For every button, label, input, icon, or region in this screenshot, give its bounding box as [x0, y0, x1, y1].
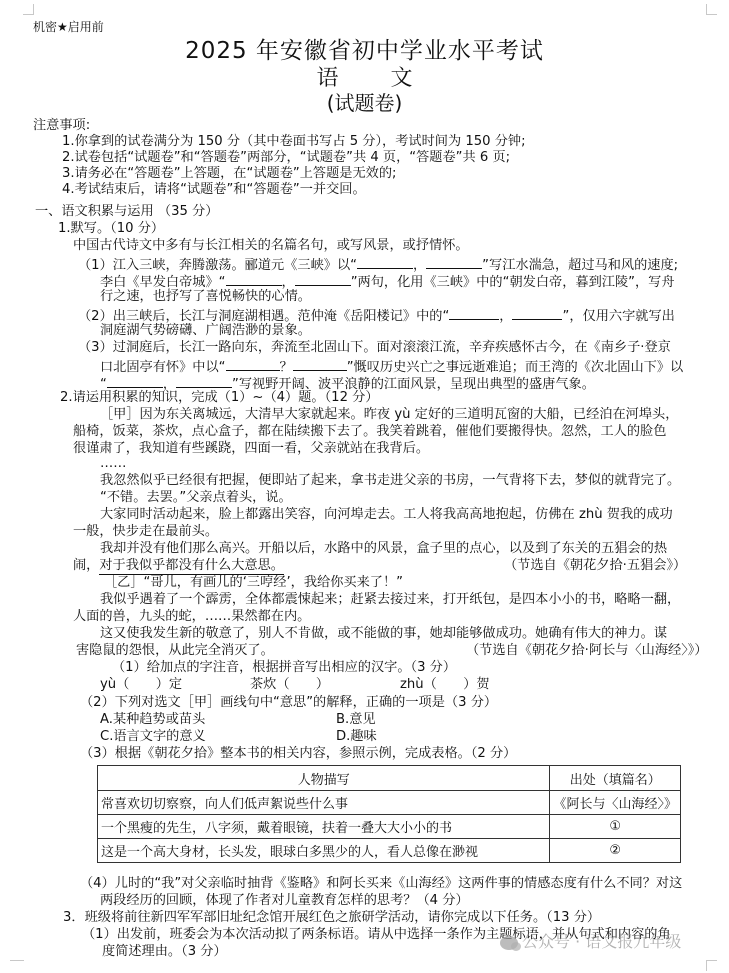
passage-line: ［乙］“哥儿，有画儿的‘三哼经’，我给你买来了！” [104, 576, 403, 589]
question-intro: 中国古代诗文中多有与长江相关的名篇名句，或写风景，或抒情怀。 [73, 239, 469, 252]
answer-blank[interactable] [357, 256, 413, 269]
table-answer-cell[interactable]: ② [550, 839, 681, 863]
passage-line: 船椅，饭菜，茶炊，点心盒子，都在陆续搬下去了。我笑着跳着，催他们要搬得快。忽然，… [73, 425, 666, 438]
passage-source: （节选自《朝花夕拾·阿长与〈山海经〉》） [466, 644, 708, 657]
table-row: 一个黑瘦的先生，八字须，戴着眼镜，扶着一叠大大小小的书 ① [98, 815, 681, 839]
question-text-line: （1）江入三峡，奔腾激荡。郦道元《三峡》以“，”写江水湍急，超过马和风的速度; [78, 256, 678, 272]
paper-type: (试题卷) [0, 93, 729, 113]
passage-line: 闹，对于我似乎都没有什么大意思。 [73, 559, 284, 572]
table-cell: 《阿长与〈山海经〉》 [550, 791, 681, 815]
answer-blank[interactable] [176, 375, 232, 388]
page-corner-mark [706, 4, 717, 15]
answer-blank[interactable] [226, 358, 280, 371]
subquestion-heading: 度简述理由。（3 分） [102, 945, 227, 958]
answer-blank[interactable] [512, 307, 562, 320]
table-row: 常喜欢切切察察，向人们低声絮说些什么事 《阿长与〈山海经〉》 [98, 791, 681, 815]
answer-blank[interactable] [226, 273, 282, 286]
passage-source: （节选自《朝花夕拾·五猖会》） [504, 559, 686, 572]
answer-blank[interactable] [449, 307, 499, 320]
question-text-line: “，”写视野开阔、波平浪静的江面风景，呈现出典型的盛唐气象。 [100, 375, 595, 391]
table-cell: 一个黑瘦的先生，八字须，戴着眼镜，扶着一叠大大小小的书 [98, 815, 550, 839]
passage-line: 一般，快步走在最前头。 [73, 525, 218, 538]
pinyin-item[interactable]: zhù（ ）贺 [400, 678, 490, 691]
choice-option-a[interactable]: A.某种趋势或苗头 [100, 713, 205, 726]
passage-line: 这又使我发生新的敬意了，别人不肯做，或不能做的事，她却能够做成功。她确有伟大的神… [100, 627, 667, 640]
choice-option-b[interactable]: B.意见 [336, 713, 376, 726]
choice-option-c[interactable]: C.语言文字的意义 [100, 730, 206, 743]
passage-line: 人面的兽，九头的蛇，……果然都在内。 [73, 610, 310, 623]
wechat-icon [500, 936, 518, 950]
answer-blank[interactable] [295, 273, 351, 286]
note-item: 1.你拿到的试卷满分为 150 分（其中卷面书写占 5 分），考试时间为 150… [62, 135, 526, 148]
passage-line: 我似乎遇着了一个霹雳，全体都震悚起来；赶紧去接过来，打开纸包，是四本小小的书，略… [100, 593, 680, 606]
subquestion-heading: （1）给加点的字注音，根据拼音写出相应的汉字。（3 分） [112, 661, 456, 674]
table-header: 出处（填篇名） [550, 766, 681, 791]
pinyin-item[interactable]: 茶炊（ ） [250, 678, 329, 691]
secret-label: 机密★启用前 [33, 21, 104, 33]
table-cell: 常喜欢切切察察，向人们低声絮说些什么事 [98, 791, 550, 815]
subquestion-heading: （4）儿时的“我”对父亲临时抽背《鉴略》和阿长买来《山海经》这两件事的情感态度有… [80, 877, 682, 890]
character-table: 人物描写 出处（填篇名） 常喜欢切切察察，向人们低声絮说些什么事 《阿长与〈山海… [97, 765, 681, 863]
passage-line: 害隐鼠的怨恨，从此完全消灭了。 [76, 644, 274, 657]
question-heading: 1.默写。（10 分） [58, 222, 164, 235]
note-item: 2.试卷包括“试题卷”和“答题卷”两部分，“试题卷”共 4 页，“答题卷”共 6… [62, 151, 510, 164]
subject-char: 语 [316, 66, 338, 91]
subquestion-heading: 两段经历的回顾，体现了作者对儿童教育怎样的思考？（4 分） [100, 894, 469, 907]
question-text-line: （2）出三峡后，长江与洞庭湖相遇。范仲淹《岳阳楼记》中的“，”，仅用六字就写出 [78, 307, 675, 323]
note-item: 4.考试结束后，请将“试题卷”和“答题卷”一并交回。 [62, 183, 366, 196]
question-text-line: 李白《早发白帝城》“，”两句，化用《三峡》中的“朝发白帝，暮到江陵”，写舟 [100, 273, 675, 289]
table-row: 这是一个高大身材，长头发，眼球白多黑少的人，看人总像在渺视 ② [98, 839, 681, 863]
section-heading: 一、语文积累与运用 （35 分） [35, 205, 218, 218]
table-cell: 这是一个高大身材，长头发，眼球白多黑少的人，看人总像在渺视 [98, 839, 550, 863]
passage-line: 大家同时活动起来，脸上都露出笑容，向河埠走去。工人将我高高地抱起，仿佛在 zhù… [100, 508, 673, 521]
subquestion-heading: （2）下列对选文［甲］画线句中“意思”的解释，正确的一项是（3 分） [80, 696, 497, 709]
passage-line: “不错。去罢。”父亲点着头，说。 [100, 491, 292, 504]
table-answer-cell[interactable]: ① [550, 815, 681, 839]
passage-line: 很谨肃了，我知道有些蹊跷，四面一看，父亲就站在我背后。 [73, 442, 429, 455]
question-heading: 3．班级将前往新四军军部旧址纪念馆开展红色之旅研学活动，请你完成以下任务。（13… [63, 911, 600, 924]
note-item: 3.请务必在“答题卷”上答题，在“试题卷”上答题是无效的; [62, 167, 396, 180]
answer-blank[interactable] [293, 358, 347, 371]
passage-line: 我却并没有他们那么高兴。开船以后，水路中的风景，盒子里的点心，以及到了东关的五猖… [100, 542, 667, 555]
table-header: 人物描写 [98, 766, 550, 791]
passage-line: 我忽然似乎已经很有把握，便即站了起来，拿书走进父亲的书房，一气背将下去，梦似的就… [100, 474, 680, 487]
notes-heading: 注意事项: [33, 119, 90, 132]
question-heading: 2.请运用积累的知识，完成（1）~（4）题。（12 分） [60, 391, 379, 404]
choice-option-d[interactable]: D.趣味 [336, 730, 377, 743]
answer-blank[interactable] [107, 375, 163, 388]
answer-blank[interactable] [426, 256, 482, 269]
passage-ellipsis: …… [100, 457, 126, 470]
pinyin-item[interactable]: yù（ ）定 [100, 678, 182, 691]
underlined-sentence: 对于我似乎都没有什么大意思。 [99, 558, 284, 575]
question-text-line: 口北固亭有怀》中以“？”慨叹历史兴亡之事远逝难追；而王湾的《次北固山下》以 [100, 358, 683, 374]
subject-char: 文 [391, 66, 413, 91]
page-corner-mark [10, 960, 24, 971]
subquestion-heading: （3）根据《朝花夕拾》整本书的相关内容，参照示例，完成表格。（2 分） [80, 747, 516, 760]
question-text-line: （3）过洞庭后，长江一路向东，奔流至北固山下。面对滚滚江流，辛弃疾感怀古今，在《… [78, 341, 671, 354]
page-corner-mark [23, 4, 34, 15]
watermark-text: 公众号 · 语文报九年级 [522, 932, 681, 951]
question-text-line: 行之速，也抒写了喜悦畅快的心情。 [100, 290, 311, 303]
question-text-line: 洞庭湖气势磅礴、广阔浩渺的景象。 [100, 324, 311, 337]
table-header-row: 人物描写 出处（填篇名） [98, 766, 681, 791]
subject-title: 语文 [0, 68, 729, 90]
watermark: 公众号 · 语文报九年级 [500, 934, 681, 950]
exam-title: 2025 年安徽省初中学业水平考试 [0, 40, 729, 63]
page-corner-mark [706, 960, 717, 971]
passage-line: ［甲］因为东关离城远，大清早大家就起来。昨夜 yù 定好的三道明瓦窗的大船，已经… [100, 408, 678, 421]
